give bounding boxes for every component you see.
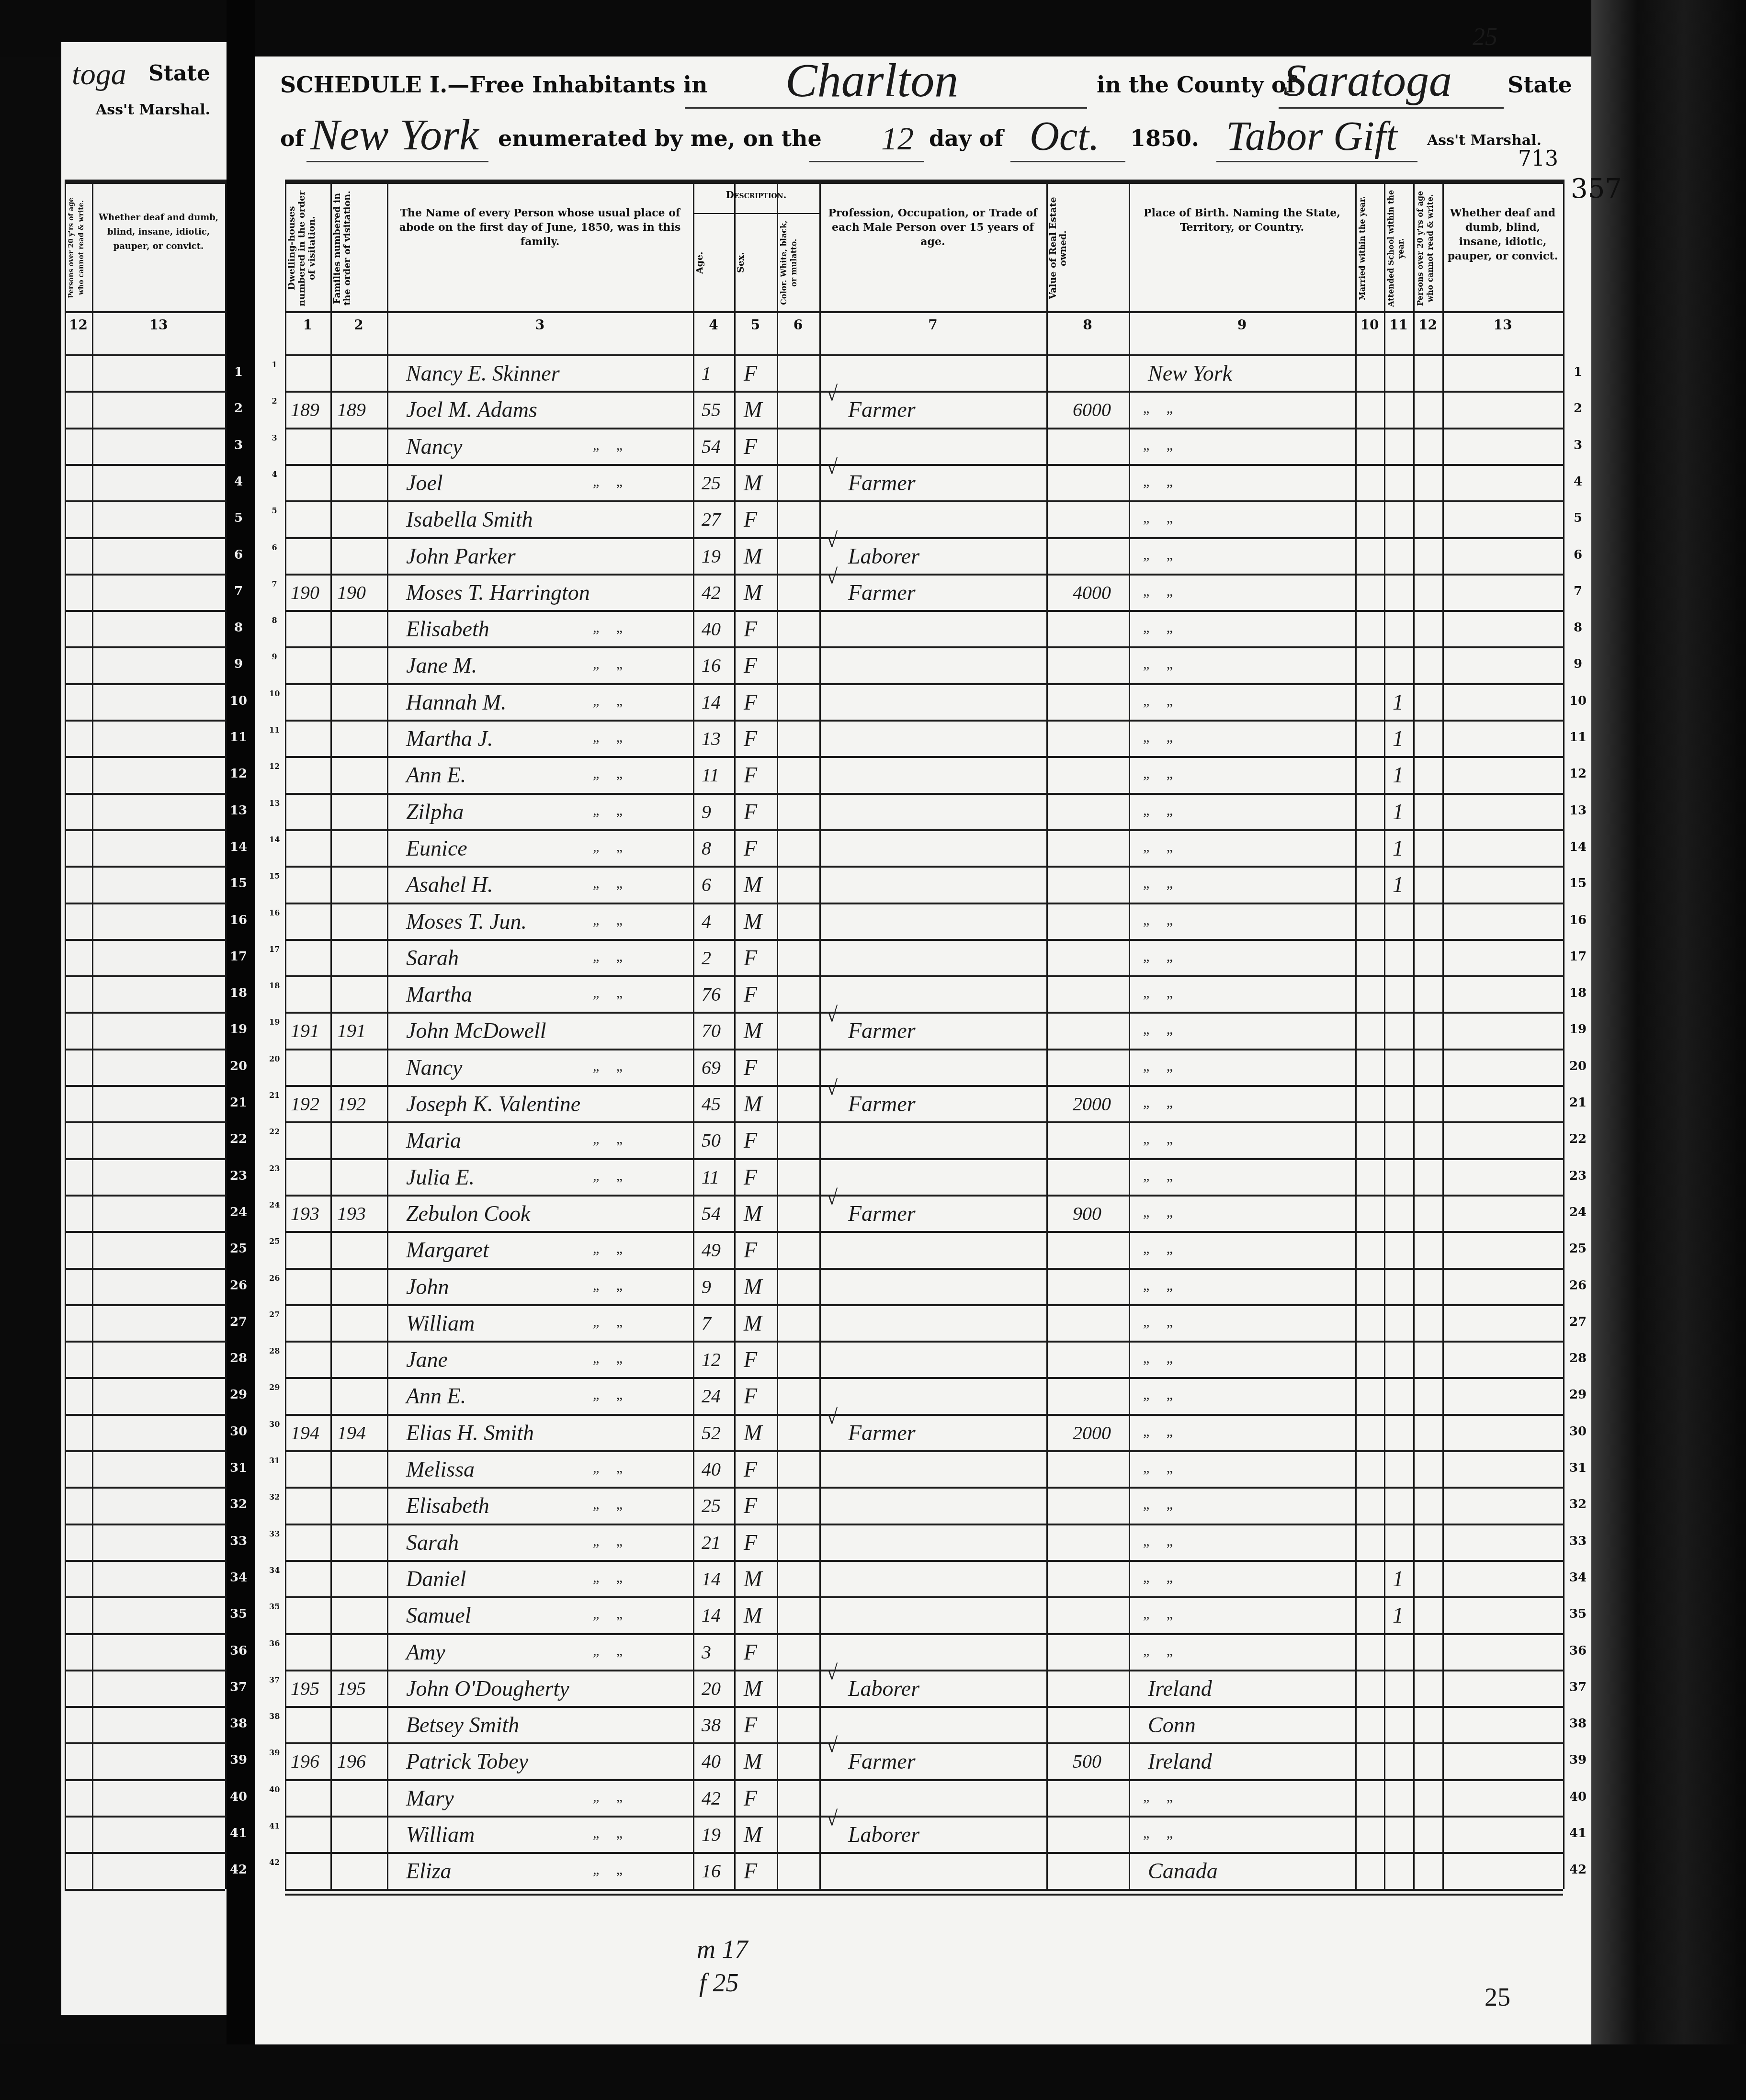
left-line-number: 40: [229, 1790, 248, 1804]
age: 40: [702, 615, 721, 644]
left-row-rule: [65, 1012, 225, 1014]
left-header-rule: [65, 311, 225, 313]
line-number: 4: [1568, 474, 1587, 489]
check-mark-icon: √: [826, 381, 838, 406]
real-estate-value: 4000: [1073, 578, 1111, 607]
line-number-small: 30: [269, 1420, 280, 1429]
dwelling-number: 196: [291, 1747, 319, 1776]
person-name: John McDowell: [406, 1016, 546, 1045]
description-group-label: Description.: [693, 188, 819, 202]
sex: M: [744, 1820, 762, 1849]
left-line-number: 22: [229, 1132, 248, 1146]
heading-year: 1850.: [1130, 125, 1199, 151]
left-line-number: 34: [229, 1570, 248, 1585]
person-name: Ann E.: [406, 761, 466, 790]
school-attended-mark: 1: [1393, 798, 1404, 826]
person-name: Nancy E. Skinner: [406, 359, 560, 388]
age: 50: [702, 1126, 721, 1155]
sex: F: [744, 1382, 757, 1411]
line-number: 2: [1568, 401, 1587, 416]
person-name: Moses T. Harrington: [406, 578, 590, 607]
left-row-rule: [65, 1816, 225, 1818]
birthplace-ditto: ” ”: [1143, 1614, 1179, 1630]
age: 3: [702, 1638, 711, 1667]
occupation: Laborer: [848, 1674, 919, 1703]
marshal-underline: [1216, 161, 1417, 162]
sex: F: [744, 1491, 757, 1520]
table-row: [285, 1049, 1563, 1085]
left-line-number: 19: [229, 1022, 248, 1037]
left-line-number: 39: [229, 1753, 248, 1767]
age: 54: [702, 1199, 721, 1228]
sex: M: [744, 1674, 762, 1703]
school-attended-mark: 1: [1393, 724, 1404, 753]
person-name: Margaret: [406, 1236, 489, 1265]
sex: F: [744, 724, 757, 753]
left-colnum-rule: [65, 354, 225, 356]
check-mark-icon: √: [826, 1185, 838, 1209]
family-number: 196: [337, 1747, 366, 1776]
sex: M: [744, 1565, 762, 1593]
age: 19: [702, 1820, 721, 1849]
left-row-rule: [65, 1195, 225, 1197]
sex: F: [744, 505, 757, 534]
birthplace-ditto: ” ”: [1143, 1577, 1179, 1593]
table-row: [285, 1560, 1563, 1596]
line-number: 9: [1568, 657, 1587, 671]
sex: M: [744, 870, 762, 899]
school-attended-mark: 1: [1393, 1601, 1404, 1630]
left-row-rule: [65, 683, 225, 685]
sex: M: [744, 395, 762, 424]
day-underline: [809, 161, 924, 162]
sex: F: [744, 1236, 757, 1265]
name-ditto: ” ”: [593, 1285, 629, 1301]
tally-female: f 25: [699, 1968, 739, 1998]
sex: F: [744, 798, 757, 826]
sex: F: [744, 359, 757, 388]
age: 11: [702, 761, 719, 790]
birthplace-ditto: ” ”: [1143, 737, 1179, 753]
left-line-number: 21: [229, 1095, 248, 1110]
sex: F: [744, 1126, 757, 1155]
occupation: Farmer: [848, 1419, 916, 1447]
left-row-rule: [65, 903, 225, 904]
school-attended-mark: 1: [1393, 870, 1404, 899]
person-name: Nancy: [406, 432, 463, 461]
sex: M: [744, 907, 762, 936]
left-row-rule: [65, 1085, 225, 1087]
family-number: 190: [337, 578, 366, 607]
person-name: Zilpha: [406, 798, 464, 826]
sex: F: [744, 834, 757, 863]
name-ditto: ” ”: [593, 1066, 629, 1082]
person-name: Amy: [406, 1638, 445, 1667]
column-header-4: Age.: [695, 218, 732, 307]
age: 13: [702, 724, 721, 753]
table-bottom-rule: [285, 1894, 1563, 1896]
left-row-rule: [65, 1742, 225, 1744]
line-number-small: 31: [269, 1456, 280, 1465]
column-number-13: 13: [1442, 317, 1563, 333]
sex: F: [744, 761, 757, 790]
age: 20: [702, 1674, 721, 1703]
line-number: 18: [1568, 986, 1587, 1000]
left-line-number: 17: [229, 949, 248, 964]
age: 38: [702, 1711, 721, 1739]
table-row: [285, 793, 1563, 829]
occupation: Farmer: [848, 1016, 916, 1045]
line-number-small: 41: [269, 1821, 280, 1830]
line-number-small: 28: [269, 1346, 280, 1355]
heading-county: Saratoga: [1283, 54, 1452, 107]
left-line-number: 30: [229, 1424, 248, 1439]
left-row-rule: [65, 428, 225, 429]
line-number: 19: [1568, 1022, 1587, 1037]
table-row: [285, 1268, 1563, 1304]
line-number: 23: [1568, 1169, 1587, 1183]
line-number-small: 11: [269, 725, 280, 734]
line-number-small: 14: [269, 835, 280, 844]
line-number-small: 26: [269, 1274, 280, 1283]
age: 42: [702, 578, 721, 607]
line-number: 7: [1568, 584, 1587, 598]
birthplace-ditto: ” ”: [1143, 1650, 1179, 1667]
line-number-small: 36: [269, 1639, 280, 1648]
person-name: John O'Dougherty: [406, 1674, 569, 1703]
line-number-small: 1: [269, 360, 280, 369]
person-name: Joel M. Adams: [406, 395, 537, 424]
column-number-6: 6: [777, 317, 819, 333]
sex: M: [744, 1419, 762, 1447]
family-number: 189: [337, 395, 366, 424]
column-header-9: Place of Birth. Naming the State, Territ…: [1134, 206, 1350, 235]
name-ditto: ” ”: [593, 1248, 629, 1265]
line-number-small: 10: [269, 689, 280, 698]
line-number-small: 24: [269, 1200, 280, 1209]
left-line-number: 7: [229, 584, 248, 598]
birthplace-ditto: ” ”: [1143, 700, 1179, 717]
column-header-7: Profession, Occupation, or Trade of each…: [824, 206, 1042, 249]
line-number: 33: [1568, 1534, 1587, 1548]
birthplace-ditto: ” ”: [1143, 810, 1179, 826]
real-estate-value: 2000: [1073, 1419, 1111, 1447]
family-number: 191: [337, 1016, 366, 1045]
table-row: [285, 1158, 1563, 1195]
line-number: 28: [1568, 1351, 1587, 1366]
age: 42: [702, 1784, 721, 1813]
left-row-rule: [65, 866, 225, 868]
birthplace-ditto: ” ”: [1143, 1175, 1179, 1192]
birthplace-ditto: ” ”: [1143, 1504, 1179, 1520]
line-number-small: 12: [269, 762, 280, 771]
check-mark-icon: √: [826, 1002, 838, 1027]
age: 4: [702, 907, 711, 936]
sex: F: [744, 1528, 757, 1557]
left-row-rule: [65, 1852, 225, 1854]
name-ditto: ” ”: [593, 627, 629, 644]
name-ditto: ” ”: [593, 993, 629, 1009]
line-number: 29: [1568, 1388, 1587, 1402]
birthplace-ditto: ” ”: [1143, 445, 1179, 461]
person-name: John: [406, 1273, 449, 1301]
left-line-number: 41: [229, 1826, 248, 1840]
dwelling-number: 193: [291, 1199, 319, 1228]
birthplace-ditto: ” ”: [1143, 1139, 1179, 1155]
age: 11: [702, 1163, 719, 1192]
name-ditto: ” ”: [593, 481, 629, 497]
table-row: [285, 1816, 1563, 1852]
name-ditto: ” ”: [593, 1833, 629, 1849]
line-number: 16: [1568, 913, 1587, 927]
handwritten-page-number: 25: [1473, 23, 1497, 51]
left-row-rule: [65, 829, 225, 831]
age: 7: [702, 1309, 711, 1338]
age: 69: [702, 1053, 721, 1082]
line-number-small: 7: [269, 579, 280, 588]
heading-line1-suffix: State: [1508, 72, 1572, 98]
check-mark-icon: √: [826, 1075, 838, 1100]
age: 76: [702, 980, 721, 1009]
stamp-713: 713: [1518, 147, 1558, 171]
person-name: Elisabeth: [406, 1491, 489, 1520]
name-ditto: ” ”: [593, 1869, 629, 1885]
left-row-rule: [65, 500, 225, 502]
birthplace-ditto: ” ”: [1143, 920, 1179, 936]
name-ditto: ” ”: [593, 1468, 629, 1484]
table-row: [285, 428, 1563, 464]
name-ditto: ” ”: [593, 664, 629, 680]
left-line-number: 3: [229, 438, 248, 452]
sex: M: [744, 1199, 762, 1228]
dwelling-number: 189: [291, 395, 319, 424]
age: 14: [702, 1601, 721, 1630]
column-number-4: 4: [693, 317, 734, 333]
line-number: 41: [1568, 1826, 1587, 1840]
left-row-rule: [65, 391, 225, 393]
left-row-rule: [65, 610, 225, 612]
left-state-label: State: [148, 61, 210, 86]
name-ditto: ” ”: [593, 1504, 629, 1520]
column-header-8: Value of Real Estate owned.: [1048, 189, 1127, 307]
person-name: Joseph K. Valentine: [406, 1090, 580, 1118]
left-row-rule: [65, 1524, 225, 1525]
heading-line2-mid: enumerated by me, on the: [498, 125, 822, 151]
dwelling-number: 192: [291, 1090, 319, 1118]
person-name: William: [406, 1309, 475, 1338]
sex: M: [744, 1747, 762, 1776]
table-row: [285, 939, 1563, 975]
line-number: 25: [1568, 1242, 1587, 1256]
birthplace-ditto: ” ”: [1143, 883, 1179, 899]
check-mark-icon: √: [826, 528, 838, 552]
name-ditto: ” ”: [593, 445, 629, 461]
sex: F: [744, 1053, 757, 1082]
line-number: 17: [1568, 949, 1587, 964]
left-column-header-12: Persons over 20 y'rs of age who cannot r…: [67, 189, 90, 306]
line-number-small: 23: [269, 1164, 280, 1173]
dwelling-number: 191: [291, 1016, 319, 1045]
line-number-small: 34: [269, 1566, 280, 1575]
person-name: Elisabeth: [406, 615, 489, 644]
birthplace-ditto: ” ”: [1143, 1066, 1179, 1082]
heading-line1-prefix: SCHEDULE I.—Free Inhabitants in: [280, 72, 707, 98]
sex: M: [744, 1273, 762, 1301]
line-number: 26: [1568, 1278, 1587, 1293]
left-line-number: 36: [229, 1644, 248, 1658]
line-number: 6: [1568, 548, 1587, 562]
person-name: Joel: [406, 469, 443, 497]
birthplace-ditto: ” ”: [1143, 1321, 1179, 1338]
birthplace-ditto: ” ”: [1143, 1541, 1179, 1557]
school-attended-mark: 1: [1393, 761, 1404, 790]
table-row: [285, 1377, 1563, 1413]
line-number-small: 40: [269, 1785, 280, 1794]
name-ditto: ” ”: [593, 847, 629, 863]
heading-line2-mid2: day of: [929, 125, 1003, 151]
left-line-number: 42: [229, 1863, 248, 1877]
age: 40: [702, 1747, 721, 1776]
line-number: 14: [1568, 840, 1587, 854]
left-row-rule: [65, 464, 225, 466]
left-line-number: 10: [229, 694, 248, 708]
person-name: Isabella Smith: [406, 505, 533, 534]
left-line-number: 35: [229, 1607, 248, 1621]
dwelling-number: 190: [291, 578, 319, 607]
age: 14: [702, 688, 721, 717]
line-number-small: 15: [269, 871, 280, 881]
table-top-rule: [285, 180, 1563, 184]
left-row-rule: [65, 1779, 225, 1781]
person-name: Jane: [406, 1345, 448, 1374]
check-mark-icon: √: [826, 1733, 838, 1757]
dwelling-number: 194: [291, 1419, 319, 1447]
line-number: 30: [1568, 1424, 1587, 1439]
birthplace-ditto: ” ”: [1143, 518, 1179, 534]
column-number-7: 7: [819, 317, 1046, 333]
real-estate-value: 500: [1073, 1747, 1101, 1776]
line-number-small: 32: [269, 1492, 280, 1502]
age: 9: [702, 798, 711, 826]
name-ditto: ” ”: [593, 1541, 629, 1557]
line-number: 39: [1568, 1753, 1587, 1767]
line-number-small: 39: [269, 1748, 280, 1757]
line-number-small: 19: [269, 1017, 280, 1027]
age: 27: [702, 505, 721, 534]
left-page-fragment: [61, 42, 227, 2015]
person-name: Melissa: [406, 1455, 475, 1484]
column-header-1: Dwelling-houses numbered in the order of…: [287, 189, 329, 307]
age: 55: [702, 395, 721, 424]
name-ditto: ” ”: [593, 1139, 629, 1155]
person-name: Mary: [406, 1784, 454, 1813]
dwelling-number: 195: [291, 1674, 319, 1703]
line-number: 34: [1568, 1570, 1587, 1585]
left-row-rule: [65, 1049, 225, 1050]
table-row: [285, 1779, 1563, 1816]
occupation: Laborer: [848, 542, 919, 571]
month-underline: [1010, 161, 1125, 162]
left-line-number: 26: [229, 1278, 248, 1293]
table-row: [285, 1852, 1563, 1888]
school-attended-mark: 1: [1393, 834, 1404, 863]
age: 49: [702, 1236, 721, 1265]
line-number: 20: [1568, 1059, 1587, 1073]
left-top-rule: [65, 180, 225, 184]
birthplace-ditto: ” ”: [1143, 627, 1179, 644]
column-header-2: Families numbered in the order of visita…: [332, 189, 385, 307]
left-line-number: 5: [229, 511, 248, 525]
person-name: Elias H. Smith: [406, 1419, 534, 1447]
line-number-small: 37: [269, 1675, 280, 1684]
person-name: Ann E.: [406, 1382, 466, 1411]
birthplace-ditto: ” ”: [1143, 1248, 1179, 1265]
line-number-small: 35: [269, 1602, 280, 1611]
line-number: 31: [1568, 1461, 1587, 1475]
birthplace-ditto: ” ”: [1143, 1029, 1179, 1045]
name-ditto: ” ”: [593, 1577, 629, 1593]
left-line-number: 29: [229, 1388, 248, 1402]
birthplace-ditto: ” ”: [1143, 1102, 1179, 1118]
person-name: Samuel: [406, 1601, 471, 1630]
age: 54: [702, 432, 721, 461]
school-attended-mark: 1: [1393, 688, 1404, 717]
column-number-10: 10: [1355, 317, 1384, 333]
line-number-small: 33: [269, 1529, 280, 1538]
left-marshal-label: Ass't Marshal.: [96, 102, 210, 118]
left-row-rule: [65, 1633, 225, 1635]
check-mark-icon: √: [826, 564, 838, 588]
left-line-number: 25: [229, 1242, 248, 1256]
birthplace: Ireland: [1148, 1674, 1212, 1703]
birthplace-ditto: ” ”: [1143, 1431, 1179, 1447]
line-number-small: 16: [269, 908, 280, 917]
birthplace-ditto: ” ”: [1143, 1212, 1179, 1228]
left-row-rule: [65, 1889, 225, 1891]
table-row: [285, 1633, 1563, 1670]
column-header-11: Attended School within the year.: [1386, 189, 1411, 307]
column-number-5: 5: [734, 317, 777, 333]
family-number: 195: [337, 1674, 366, 1703]
table-row: [285, 464, 1563, 500]
header-bottom-rule: [285, 311, 1563, 313]
birthplace-ditto: ” ”: [1143, 1796, 1179, 1813]
left-row-rule: [65, 1341, 225, 1343]
table-row: [285, 1121, 1563, 1158]
left-row-rule: [65, 1706, 225, 1708]
person-name: Patrick Tobey: [406, 1747, 528, 1776]
line-number-small: 2: [269, 396, 280, 406]
sex: F: [744, 944, 757, 972]
left-line-number: 4: [229, 474, 248, 489]
left-line-number: 28: [229, 1351, 248, 1366]
name-ditto: ” ”: [593, 920, 629, 936]
age: 21: [702, 1528, 721, 1557]
left-line-number: 16: [229, 913, 248, 927]
book-gutter: [227, 0, 255, 2100]
left-row-rule: [65, 1487, 225, 1489]
left-line-number: 13: [229, 803, 248, 818]
table-row: [285, 756, 1563, 792]
birthplace-ditto: ” ”: [1143, 1468, 1179, 1484]
person-name: Sarah: [406, 944, 459, 972]
line-number: 11: [1568, 730, 1587, 745]
line-number-small: 3: [269, 433, 280, 442]
left-column-number-12: 12: [65, 317, 92, 333]
birthplace-ditto: ” ”: [1143, 847, 1179, 863]
left-row-rule: [65, 793, 225, 795]
left-line-number: 32: [229, 1497, 248, 1512]
